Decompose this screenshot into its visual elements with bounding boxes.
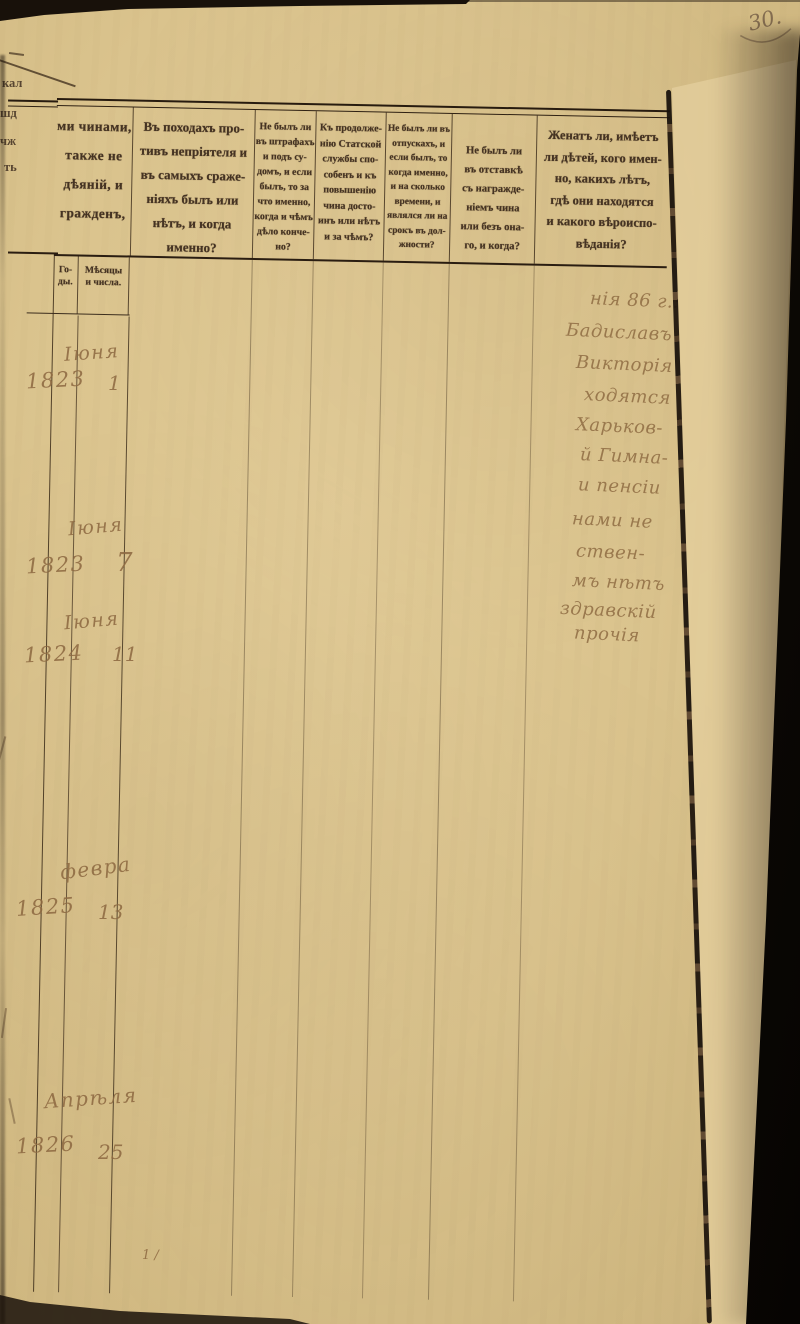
margin-note-line: прочія [574,623,641,647]
margin-note-line: здравскій [560,598,657,623]
corner-fold-dash [9,52,24,56]
column-header-family: Женатъ ли, имѣетъ ли дѣтей, кого имен- н… [534,116,670,267]
margin-note-line: мъ нѣтъ [572,570,666,595]
entry-2-year: 1823 [25,551,86,578]
entry-4-year: 1825 [15,893,76,921]
scanned-document-page: ми чинами, также не дѣяній, и гражденъ, … [0,0,800,1324]
margin-note-line: нами не [572,508,654,533]
entry-5-year: 1826 [15,1131,76,1158]
entry-2-day: 7 [116,548,133,578]
column-header-retirement: Не былъ ли въ отставкѣ съ награжде- ніем… [449,114,537,264]
entry-3-year: 1824 [23,640,84,667]
table-header-row: ми чинами, также не дѣяній, и гражденъ, … [54,106,670,266]
entry-1-month: Іюня [63,340,120,366]
margin-note-line: и пенсіи [578,474,662,499]
entry-1-year: 1823 [25,366,86,393]
margin-note-line: й Гимна- [580,444,669,469]
column-header-penalties: Не былъ ли въ штрафахъ и подъ су- домъ, … [252,110,316,259]
service-record-table: ми чинами, также не дѣяній, и гражденъ, … [33,98,670,1304]
left-edge-shadow [0,55,5,1324]
entry-4-day: 13 [98,900,123,924]
left-edge-fragment: ть [4,160,17,175]
margin-note-line: нія 86 г.: [590,288,681,313]
entry-3-day: 11 [112,642,137,666]
column2-divider [231,260,253,1296]
margin-note-line: ствен- [576,541,646,565]
subheader-months-days: Мѣсяцы и числа. [78,256,129,314]
header-rule-left-extension [8,251,58,254]
column4-divider [362,262,384,1298]
column3-divider [292,261,314,1297]
margin-note-line: ходятся [584,384,672,409]
column-header-campaigns: Въ походахъ про- тивъ непріятеля и въ са… [130,108,255,258]
margin-pen-mark [8,1098,15,1124]
margin-note-line: Викторія [576,352,673,377]
entry-1-day: 1 [108,371,121,395]
bottom-left-mark: 1 / [142,1248,159,1263]
column5-divider [428,264,450,1300]
column-header-service-ranks: ми чинами, также не дѣяній, и гражденъ, [54,106,133,255]
column-header-fitness: Къ продолже- нію Статской службы спо- со… [313,111,386,260]
left-edge-fragment: кал [2,76,22,91]
column-header-leaves: Не былъ ли въ отпускахъ, и если былъ, то… [383,113,452,262]
date-subheader: Го- ды. Мѣсяцы и числа. [53,256,130,315]
entry-5-day: 25 [98,1140,123,1164]
column6-divider [513,265,535,1301]
table-body: Го- ды. Мѣсяцы и числа. [33,256,667,1304]
subheader-years: Го- ды. [53,256,79,313]
margin-note-line: Харьков- [576,414,664,439]
